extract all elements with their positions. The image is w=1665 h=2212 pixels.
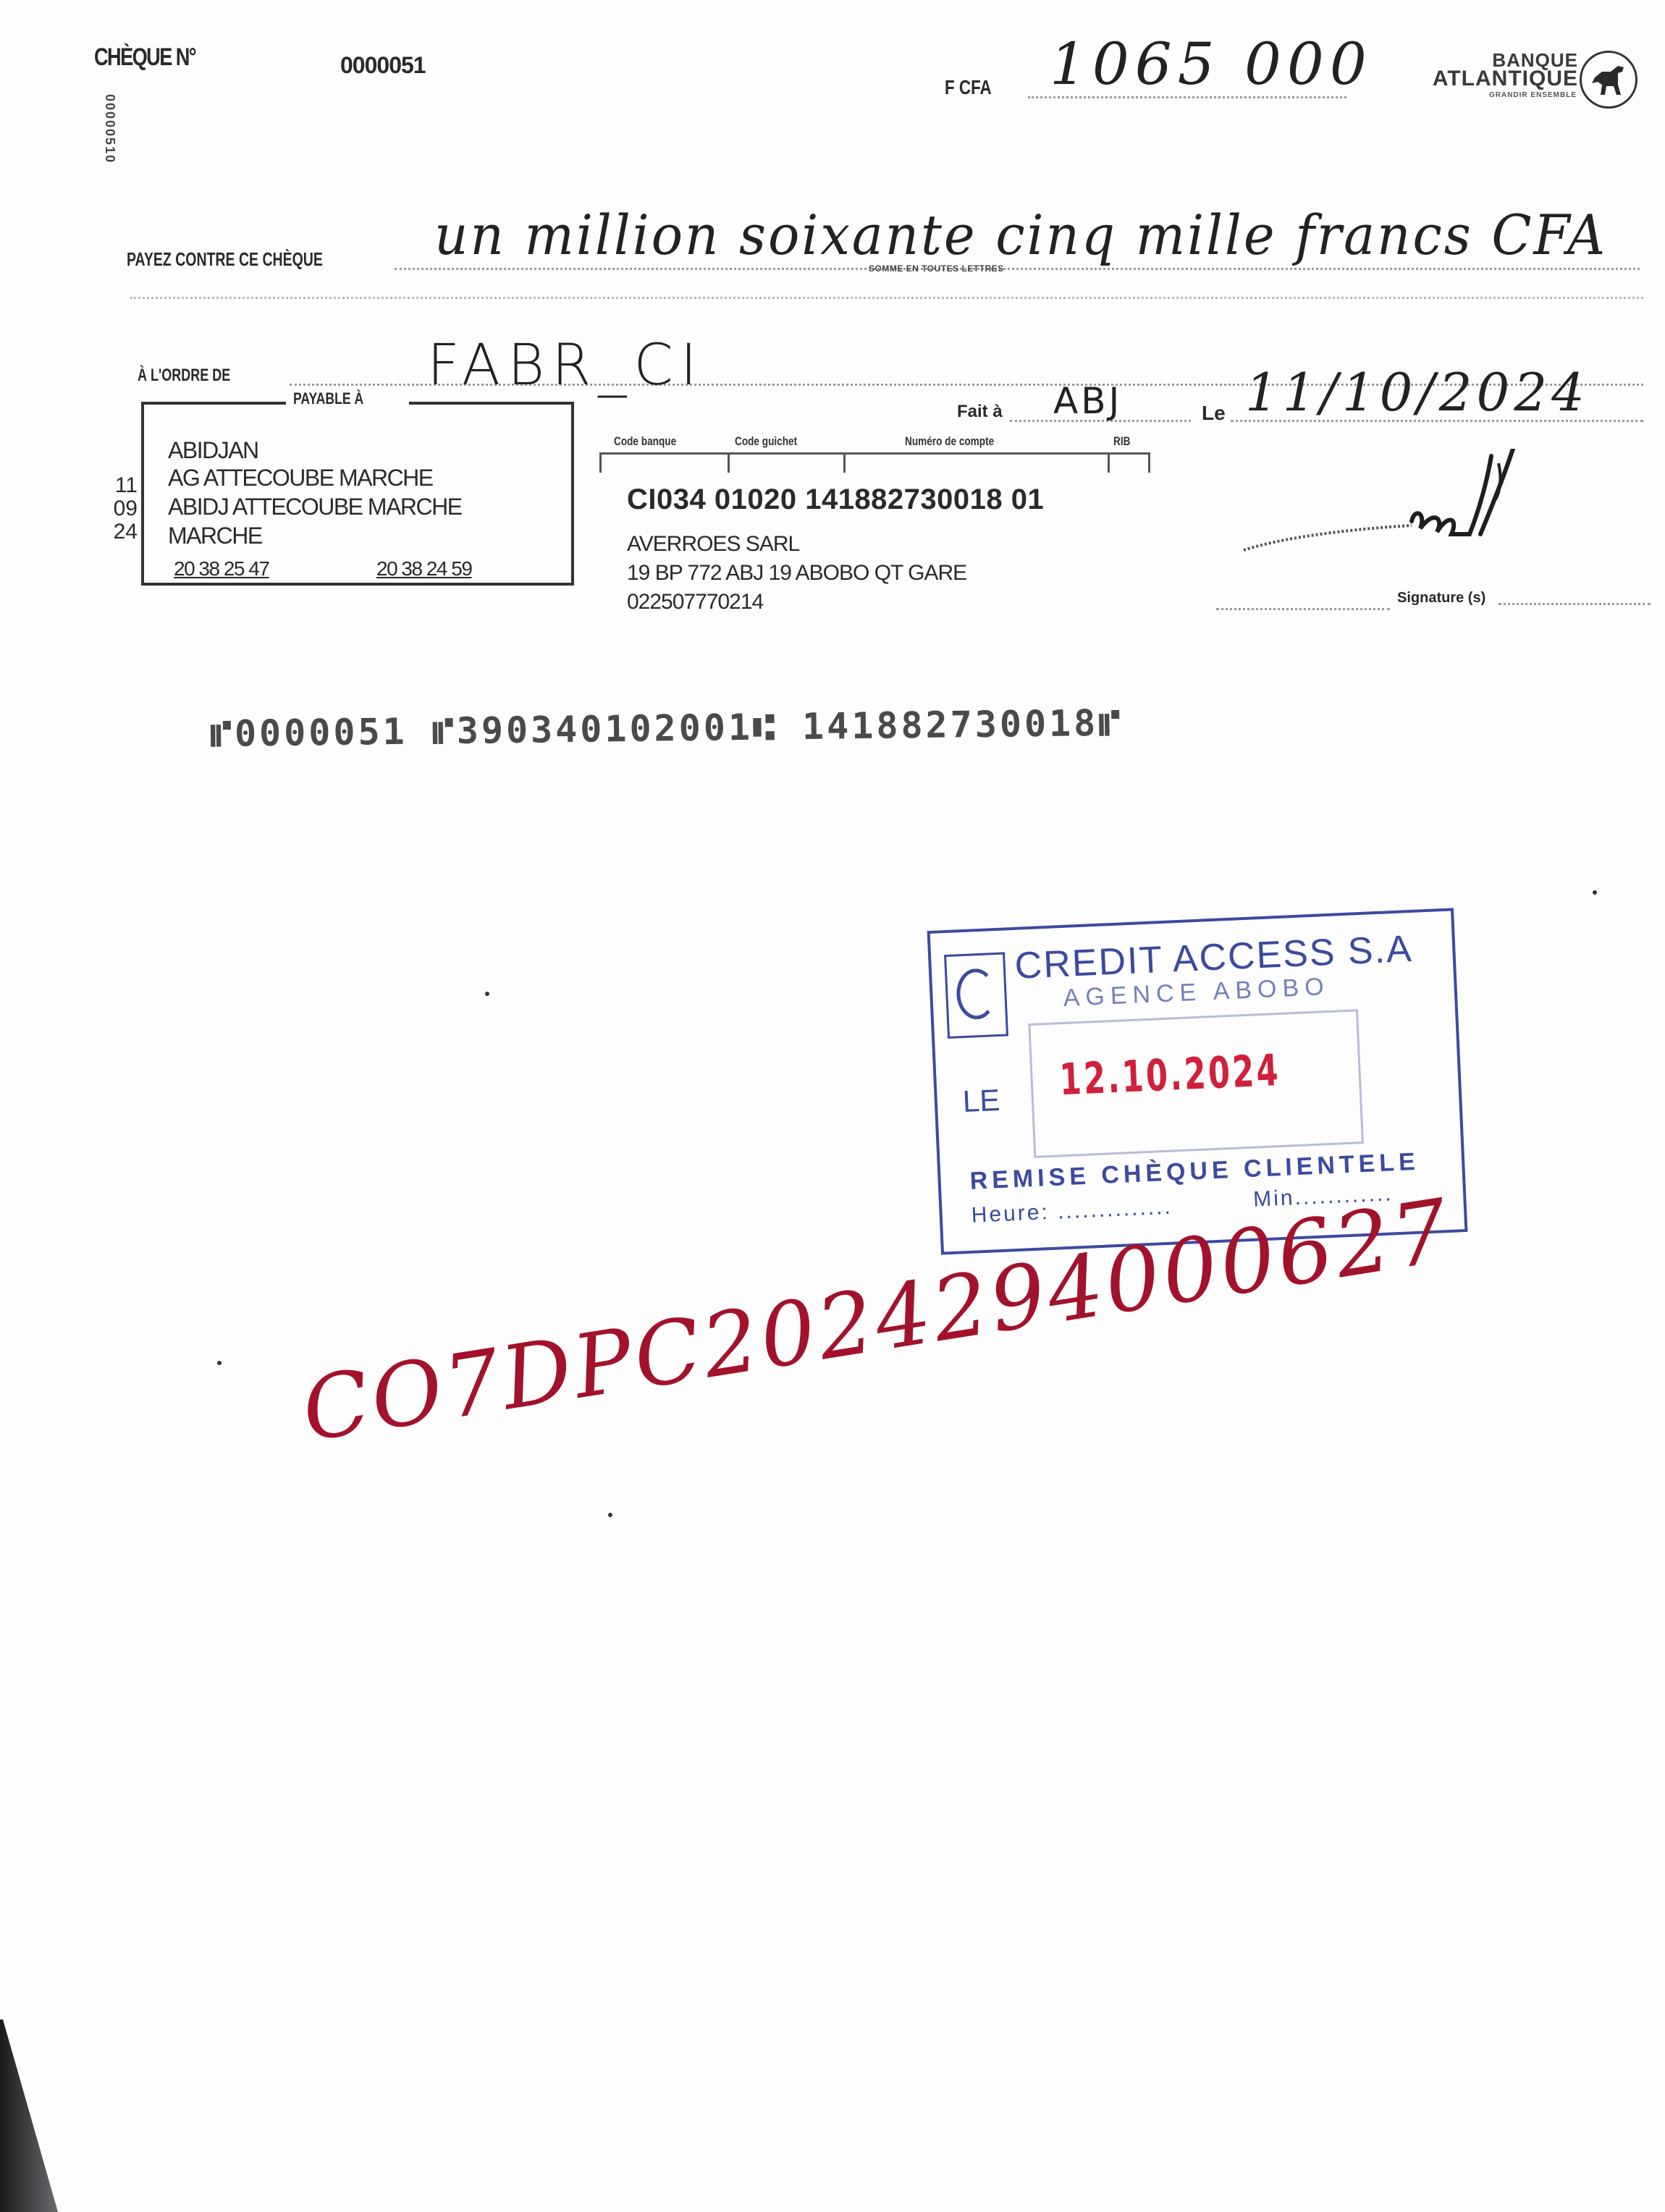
amount-in-words: un million soixante cinq mille francs CF…	[434, 203, 1607, 267]
cheque-number-label: CHÈQUE N°	[94, 43, 195, 72]
stamp-le-label: LE	[962, 1083, 1000, 1119]
bank-name-line2: ATLANTIQUE	[1433, 67, 1578, 91]
rib-header-rule	[599, 452, 1150, 455]
account-holder-phone: 022507770214	[627, 590, 763, 615]
scan-speck	[217, 1361, 222, 1365]
amount-words-sublabel: SOMME EN TOUTES LETTRES	[869, 263, 1004, 274]
scan-speck	[608, 1513, 612, 1517]
rib-label-code-banque: Code banque	[614, 434, 676, 449]
side-print-date: 11 09 24	[109, 474, 138, 544]
horse-icon	[1580, 51, 1637, 109]
photo-edge-shadow	[0, 2019, 58, 2212]
bank-tagline: GRANDIR ENSEMBLE	[1489, 91, 1577, 99]
stamp-hour-field: Heure: ..............	[971, 1195, 1173, 1228]
account-number: CI034 01020 141882730018 01	[627, 484, 1044, 516]
rib-tick	[728, 452, 730, 473]
scan-speck	[485, 992, 489, 996]
side-date-month: 09	[109, 497, 138, 520]
rib-label-cle: RIB	[1113, 434, 1130, 449]
scan-speck	[1593, 890, 1597, 895]
payable-box-top-right-rule	[409, 402, 571, 405]
signature-label: Signature (s)	[1397, 590, 1485, 607]
rib-tick	[599, 452, 602, 473]
payable-box-top-left-rule	[141, 402, 286, 405]
amount-words-line-2	[130, 297, 1643, 299]
payable-phone-1: 20 38 25 47	[174, 557, 269, 581]
rib-tick	[1108, 452, 1110, 473]
amount-digits: 1065 000	[1050, 30, 1373, 98]
signature-line-right	[1498, 603, 1651, 605]
payable-line-2: ABIDJ ATTECOUBE MARCHE	[168, 494, 462, 520]
date-label: Le	[1202, 402, 1226, 425]
account-holder-address: 19 BP 772 ABJ 19 ABOBO QT GARE	[627, 561, 966, 586]
cheque-number: 0000051	[340, 52, 426, 79]
credit-access-logo-icon	[944, 952, 1008, 1039]
signature-scrawl	[1231, 449, 1636, 594]
payable-city: ABIDJAN	[168, 437, 258, 464]
payable-line-1: AG ATTECOUBE MARCHE	[168, 465, 433, 491]
place-value: ABJ	[1053, 380, 1122, 422]
signature-line-left	[1216, 608, 1390, 610]
side-date-day: 11	[109, 474, 138, 497]
order-label: À L'ORDRE DE	[138, 366, 230, 386]
amount-words-line	[395, 268, 1640, 270]
pay-label: PAYEZ CONTRE CE CHÈQUE	[127, 248, 323, 271]
rib-label-numero-compte: Numéro de compte	[905, 434, 994, 449]
payable-phone-2: 20 38 24 59	[376, 557, 471, 581]
payable-label: PAYABLE À	[293, 389, 363, 408]
credit-access-logo-mark	[956, 968, 997, 1020]
payable-line-3: MARCHE	[168, 523, 262, 549]
rib-tick	[843, 452, 846, 473]
rib-tick	[1148, 452, 1150, 473]
place-label: Fait à	[957, 402, 1003, 422]
rib-label-code-guichet: Code guichet	[735, 434, 797, 449]
bank-logo: BANQUE ATLANTIQUE GRANDIR ENSEMBLE	[1412, 49, 1643, 114]
currency-label: F CFA	[945, 76, 992, 99]
micr-line: ⑈0000051 ⑈390340102001⑆ 141882730018⑈	[210, 702, 1124, 755]
side-serial-number: 00000510	[100, 94, 117, 164]
stamp-date: 12.10.2024	[1058, 1045, 1281, 1105]
side-date-year: 24	[109, 520, 138, 544]
date-value: 11/10/2024	[1245, 362, 1589, 423]
account-holder-name: AVERROES SARL	[627, 532, 799, 557]
handwritten-reference: CO7DPC2024294000627	[295, 1181, 1458, 1461]
payee-name: FABR_CI	[427, 333, 704, 398]
